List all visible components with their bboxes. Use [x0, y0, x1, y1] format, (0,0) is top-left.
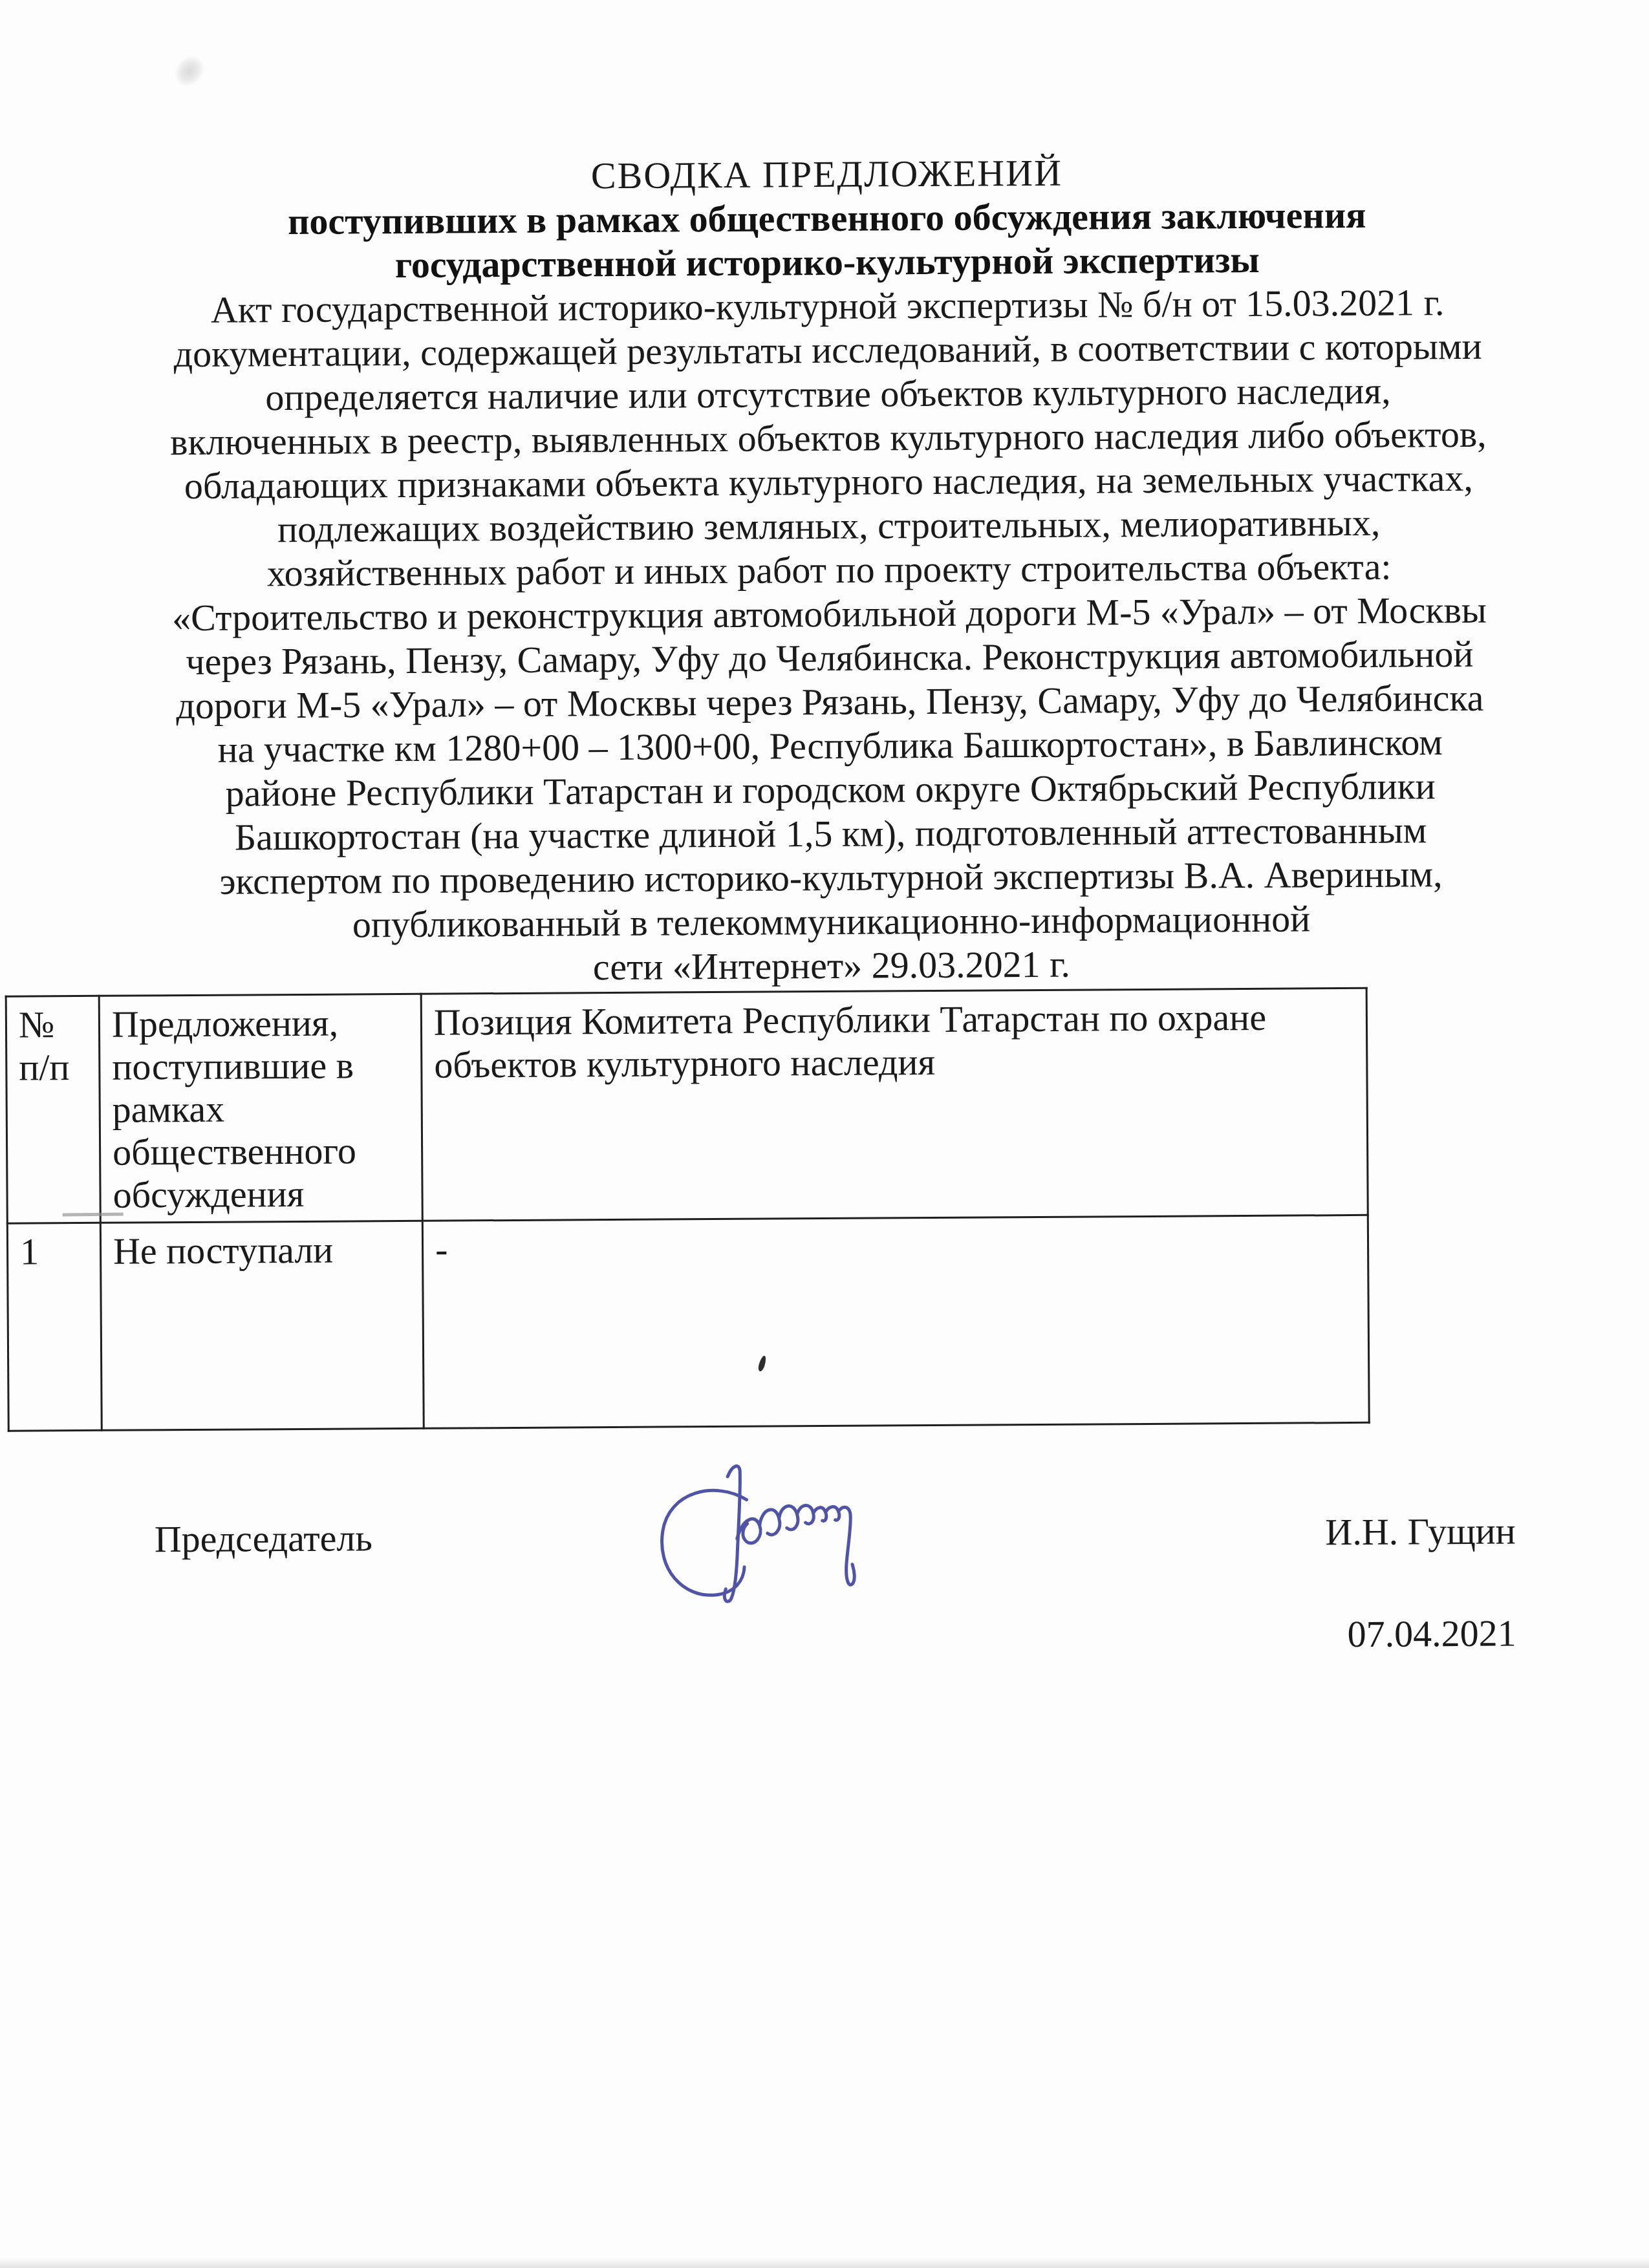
signature-date: 07.04.2021 [155, 1611, 1516, 1664]
subtitle-line: государственной историко-культурной эксп… [147, 237, 1508, 289]
intro-line: документации, содержащей результаты иссл… [147, 325, 1508, 377]
cell-proposals-value: Не поступали [100, 1221, 424, 1430]
intro-line: опубликованный в телекоммуникационно-инф… [151, 896, 1512, 948]
header-cell-committee-position: Позиция Комитета Республики Татарстан по… [421, 988, 1368, 1221]
intro-line: включенных в реестр, выявленных объектов… [147, 412, 1509, 465]
intro-line: экспертом по проведению историко-культур… [150, 852, 1511, 904]
intro-line: хозяйственных работ и иных работ по прое… [148, 544, 1509, 597]
signatory-name: И.Н. Гущин [1325, 1509, 1516, 1554]
intro-line: «Строительство и реконструкция автомобил… [149, 588, 1510, 641]
intro-line: сети «Интернет» 29.03.2021 г. [151, 939, 1512, 992]
intro-line: обладающих признаками объекта культурног… [148, 456, 1509, 509]
document-text-block: СВОДКА ПРЕДЛОЖЕНИЙ поступивших в рамках … [0, 0, 1648, 993]
scan-artifact-line [63, 1212, 124, 1216]
scan-edge-shadow [0, 2258, 1649, 2268]
signatory-role: Председатель [155, 1516, 372, 1561]
table-row: 1 Не поступали - [7, 1215, 1369, 1431]
cell-position-value: - [422, 1215, 1369, 1428]
intro-line: на участке км 1280+00 – 1300+00, Республ… [149, 720, 1511, 773]
header-cell-proposals: Предложения, поступившие в рамках общест… [99, 994, 422, 1223]
scanned-document-page: СВОДКА ПРЕДЛОЖЕНИЙ поступивших в рамках … [0, 0, 1649, 2268]
subtitle-line: поступивших в рамках общественного обсуж… [146, 193, 1507, 245]
table-header-row: № п/п Предложения, поступившие в рамках … [6, 988, 1368, 1223]
intro-line: районе Республики Татарстан и городском … [150, 764, 1511, 817]
signature-ink [652, 1457, 898, 1607]
intro-line: Акт государственной историко-культурной … [147, 281, 1508, 333]
intro-line: Башкортостан (на участке длиной 1,5 км),… [150, 808, 1511, 861]
document-content: СВОДКА ПРЕДЛОЖЕНИЙ поступивших в рамках … [0, 0, 1649, 2268]
proposals-table: № п/п Предложения, поступившие в рамках … [5, 987, 1370, 1432]
intro-line: подлежащих воздействию земляных, строите… [148, 500, 1509, 553]
cell-row-number: 1 [7, 1223, 102, 1431]
document-title: СВОДКА ПРЕДЛОЖЕНИЙ [146, 149, 1507, 201]
header-cell-number: № п/п [6, 996, 100, 1223]
intro-line: через Рязань, Пензу, Самару, Уфу до Челя… [149, 632, 1510, 685]
intro-line: определяется наличие или отсутствие объе… [147, 369, 1509, 421]
intro-line: дороги М-5 «Урал» – от Москвы через Ряза… [149, 676, 1511, 729]
